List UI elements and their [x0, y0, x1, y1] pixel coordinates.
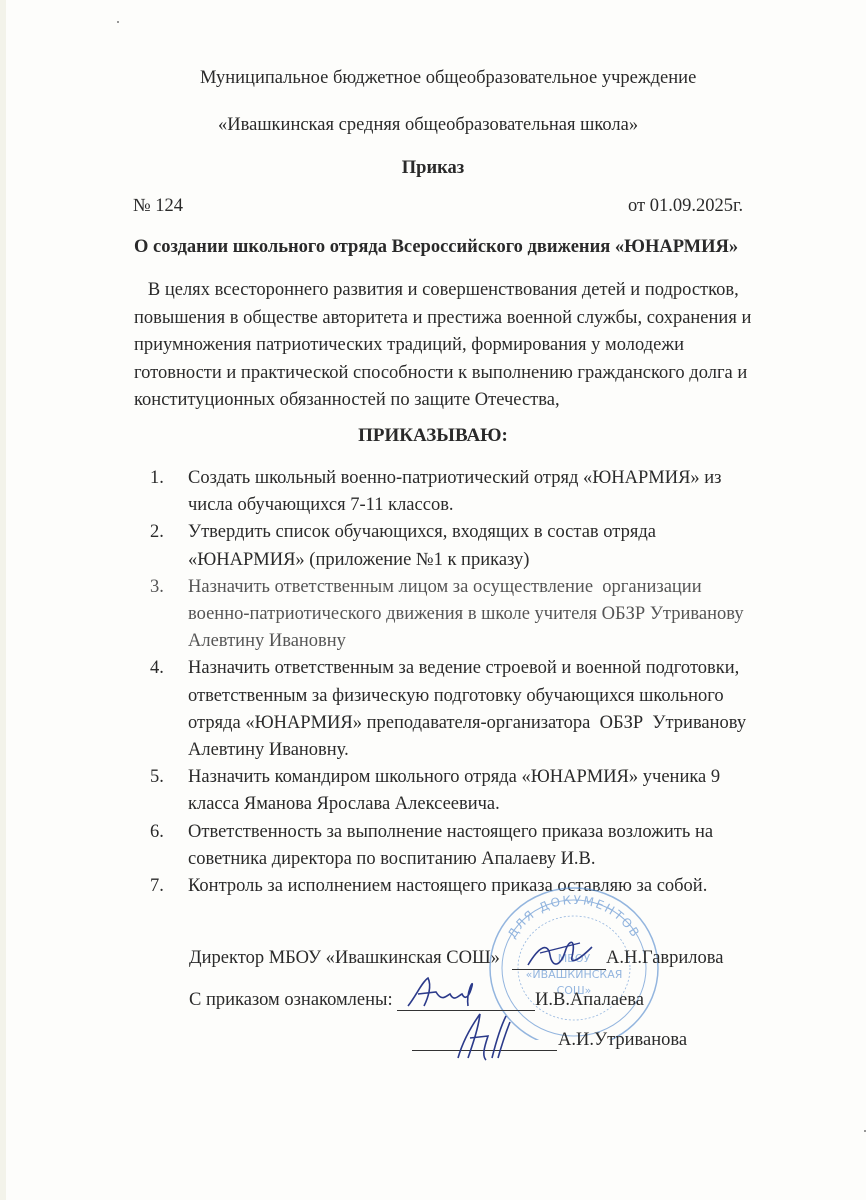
organization-line-1: Муниципальное бюджетное общеобразователь…	[200, 68, 696, 89]
item-line: класса Яманова Ярослава Алексеевича.	[188, 791, 800, 818]
order-number: № 124	[133, 196, 183, 217]
order-heading: ПРИКАЗЫВАЮ:	[0, 425, 866, 447]
organization-line-2: «Ивашкинская средняя общеобразовательная…	[218, 115, 638, 136]
item-line: числа обучающихся 7-11 классов.	[188, 492, 800, 519]
order-item: 4. Назначить ответственным за ведение ст…	[150, 655, 800, 764]
item-line: Алевтину Ивановну.	[188, 737, 800, 764]
order-items: 1. Создать школьный военно-патриотически…	[150, 465, 800, 900]
scan-edge	[0, 0, 6, 1200]
apalaeva-name: И.В.Апалаева	[535, 990, 644, 1011]
document-page: Муниципальное бюджетное общеобразователь…	[0, 0, 866, 1200]
order-date: от 01.09.2025г.	[628, 196, 743, 217]
preamble-line: конституционных обязанностей по защите О…	[134, 387, 804, 415]
item-line: ответственным за физическую подготовку о…	[188, 683, 800, 710]
director-signature-icon	[520, 935, 600, 975]
item-number: 5.	[150, 764, 164, 791]
item-number: 2.	[150, 519, 164, 546]
preamble-line: повышения в обществе авторитета и прести…	[134, 305, 804, 333]
item-line: Утвердить список обучающихся, входящих в…	[188, 519, 800, 546]
svg-text:ДЛЯ ДОКУМЕНТОВ: ДЛЯ ДОКУМЕНТОВ	[505, 893, 643, 941]
item-line: Назначить ответственным лицом за осущест…	[188, 574, 800, 601]
item-line: «ЮНАРМИЯ» (приложение №1 к приказу)	[188, 547, 800, 574]
order-item: 6. Ответственность за выполнение настоящ…	[150, 819, 800, 873]
scan-speck	[117, 21, 119, 23]
order-item: 7. Контроль за исполнением настоящего пр…	[150, 873, 800, 900]
order-item: 3. Назначить ответственным лицом за осущ…	[150, 574, 800, 656]
item-line: Назначить командиром школьного отряда «Ю…	[188, 764, 800, 791]
order-item: 2. Утвердить список обучающихся, входящи…	[150, 519, 800, 573]
item-line: Алевтину Ивановну	[188, 628, 800, 655]
acquainted-label: С приказом ознакомлены:	[189, 990, 393, 1011]
item-number: 6.	[150, 819, 164, 846]
item-line: военно-патриотического движения в школе …	[188, 601, 800, 628]
item-number: 3.	[150, 574, 164, 601]
item-line: советника директора по воспитанию Апалае…	[188, 846, 800, 873]
item-line: отряда «ЮНАРМИЯ» преподавателя-организат…	[188, 710, 800, 737]
preamble-line: приумножения патриотических традиций, фо…	[134, 332, 804, 360]
utrivanova-signature-icon	[448, 1008, 518, 1064]
preamble-line: готовности и практической способности к …	[134, 360, 804, 388]
preamble: В целях всестороннего развития и соверше…	[134, 277, 804, 415]
item-number: 1.	[150, 465, 164, 492]
apalaeva-signature-icon	[402, 972, 502, 1012]
item-line: Назначить ответственным за ведение строе…	[188, 655, 800, 682]
preamble-line: В целях всестороннего развития и соверше…	[134, 277, 804, 305]
utrivanova-name: А.И.Утриванова	[558, 1030, 687, 1051]
order-item: 1. Создать школьный военно-патриотически…	[150, 465, 800, 519]
order-item: 5. Назначить командиром школьного отряда…	[150, 764, 800, 818]
document-type: Приказ	[0, 158, 866, 179]
order-subject: О создании школьного отряда Всероссийско…	[134, 237, 738, 258]
item-number: 7.	[150, 873, 164, 900]
item-line: Создать школьный военно-патриотический о…	[188, 465, 800, 492]
item-number: 4.	[150, 655, 164, 682]
director-name: А.Н.Гаврилова	[606, 948, 724, 969]
item-line: Ответственность за выполнение настоящего…	[188, 819, 800, 846]
director-label: Директор МБОУ «Ивашкинская СОШ»	[189, 948, 500, 969]
